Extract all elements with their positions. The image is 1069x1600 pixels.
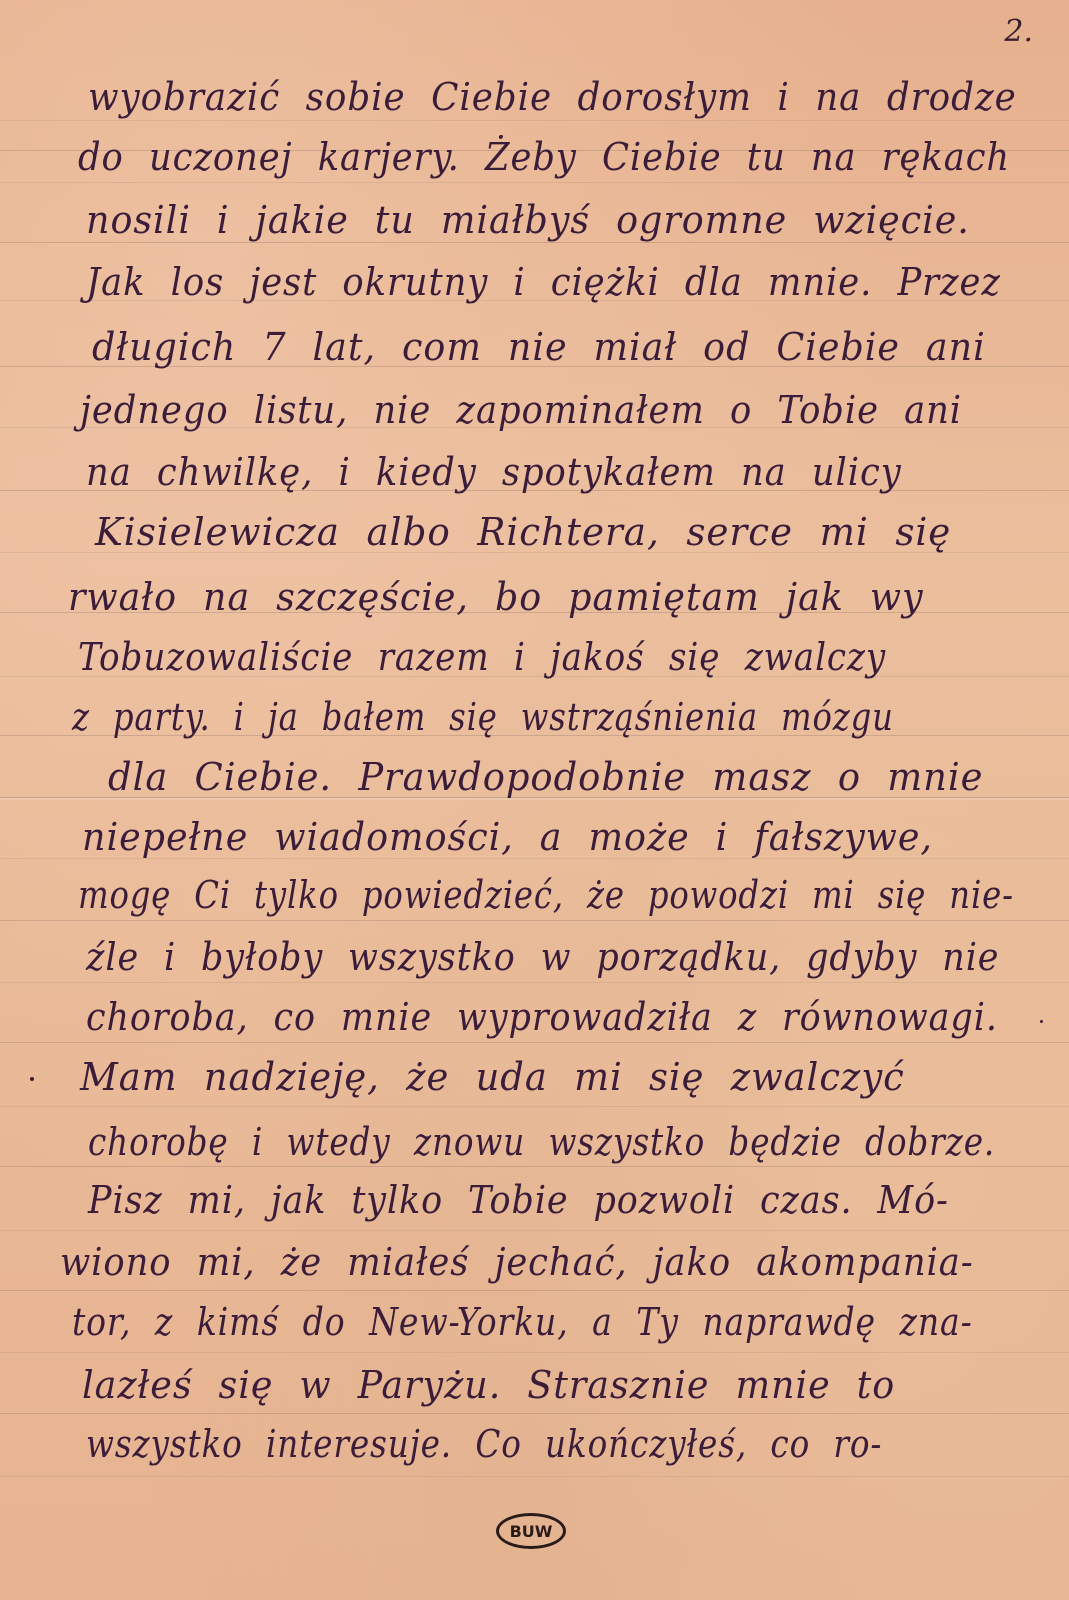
text-line: nosili i jakie tu miałbyś ogromne wzięci… [86, 198, 970, 242]
ink-dot [30, 1077, 34, 1081]
ruled-line [0, 920, 1069, 921]
text-line: Kisielewicza albo Richtera, serce mi się [95, 510, 951, 554]
text-line: Pisz mi, jak tylko Tobie pozwoli czas. M… [88, 1178, 949, 1222]
letter-page: 2. wyobrazić sobie Ciebie dorosłym i na … [0, 0, 1069, 1600]
text-line: do uczonej karjery. Żeby Ciebie tu na rę… [78, 135, 1010, 179]
text-line: chorobę i wtedy znowu wszystko będzie do… [88, 1120, 995, 1164]
text-line: Jak los jest okrutny i ciężki dla mnie. … [86, 260, 1001, 304]
text-line: wyobrazić sobie Ciebie dorosłym i na dro… [88, 75, 1017, 119]
ruled-line [0, 1042, 1069, 1043]
ruled-line [0, 982, 1069, 983]
text-line: mogę Ci tylko powiedzieć, że powodzi mi … [78, 873, 1014, 917]
text-line: wszystko interesuje. Co ukończyłeś, co r… [86, 1422, 882, 1466]
ink-dot [1040, 1020, 1043, 1023]
ruled-line [0, 1166, 1069, 1167]
ruled-line [0, 182, 1069, 183]
text-line: na chwilkę, i kiedy spotykałem na ulicy [86, 450, 902, 494]
text-line: Tobuzowaliście razem i jakoś się zwalczy [78, 635, 886, 679]
ruled-line [0, 120, 1069, 121]
text-line: Mam nadzieję, że uda mi się zwalczyć [80, 1055, 905, 1099]
text-line: niepełne wiadomości, a może i fałszywe, [82, 815, 933, 859]
text-line: jednego listu, nie zapominałem o Tobie a… [80, 388, 962, 432]
ruled-line [0, 1106, 1069, 1107]
text-line: rwało na szczęście, bo pamiętam jak wy [68, 575, 924, 619]
text-line: z party. i ja bałem się wstrząśnienia mó… [72, 695, 894, 739]
text-line: tor, z kimś do New-Yorku, a Ty naprawdę … [72, 1300, 973, 1344]
ruled-line [0, 242, 1069, 243]
ruled-line [0, 1290, 1069, 1291]
ruled-line [0, 1230, 1069, 1231]
ruled-line [0, 1352, 1069, 1353]
library-stamp: BUW [496, 1513, 566, 1549]
text-line: źle i byłoby wszystko w porządku, gdyby … [86, 935, 999, 979]
text-line: długich 7 lat, com nie miał od Ciebie an… [92, 325, 986, 369]
ruled-line [0, 1413, 1069, 1414]
page-number: 2. [1004, 14, 1033, 49]
stamp-text: BUW [510, 1522, 553, 1541]
text-line: dla Ciebie. Prawdopodobnie masz o mnie [108, 755, 983, 799]
ruled-line [0, 1476, 1069, 1477]
text-line: wiono mi, że miałeś jechać, jako akompan… [60, 1240, 974, 1284]
text-line: choroba, co mnie wyprowadziła z równowag… [86, 995, 998, 1039]
text-line: lazłeś się w Paryżu. Strasznie mnie to [82, 1363, 895, 1407]
